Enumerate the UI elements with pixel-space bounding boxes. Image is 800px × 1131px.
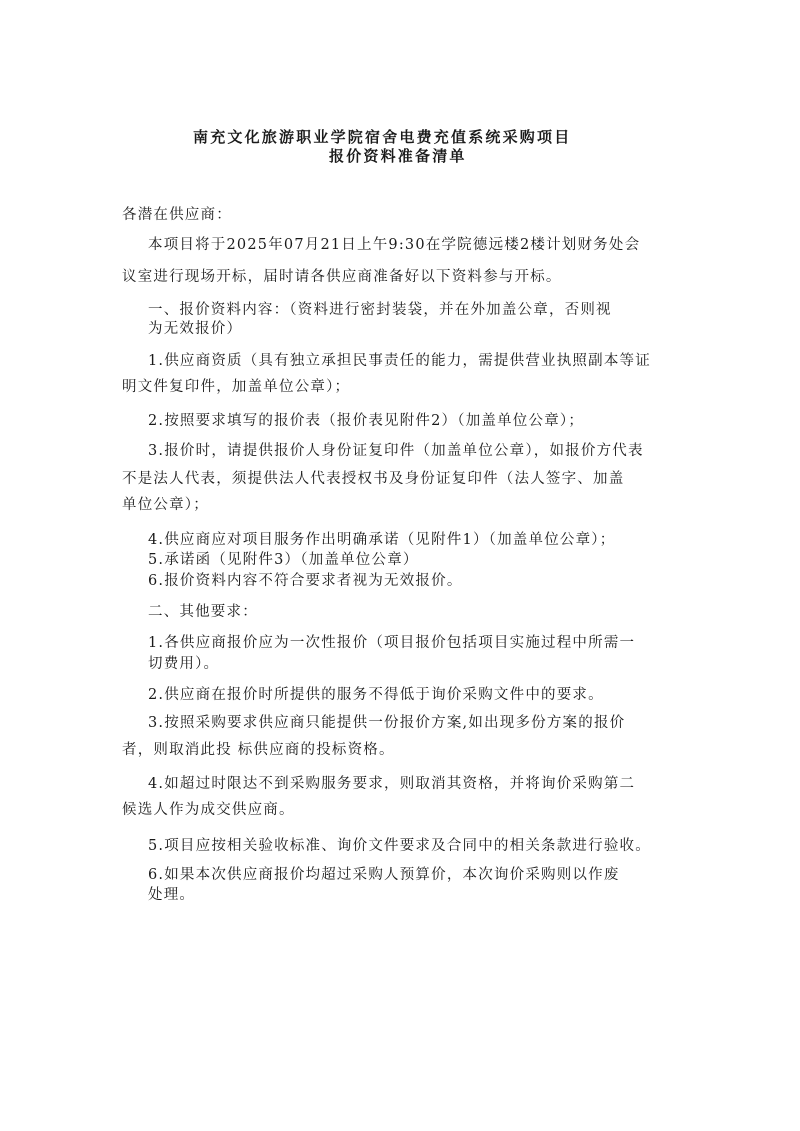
section2-item-2: 2.供应商在报价时所提供的服务不得低于询价采购文件中的要求。 [148, 686, 604, 704]
section1-item-3-cont1: 不是法人代表，须提供法人代表授权书及身份证复印件（法人签字、加盖 [122, 470, 624, 488]
section2-item-4: 4.如超过时限达不到采购服务要求，则取消其资格，并将询价采购第二 [148, 775, 635, 793]
section1-item-4: 4.供应商应对项目服务作出明确承诺（见附件1）（加盖单位公章）； [148, 531, 615, 549]
section2-item-6: 6.如果本次供应商报价均超过采购人预算价，本次询价采购则以作废 [148, 866, 620, 884]
section2-heading: 二、其他要求： [148, 603, 258, 621]
section1-item-5: 5.承诺函（见附件3）（加盖单位公章） [148, 551, 419, 569]
section1-item-6: 6.报价资料内容不符合要求者视为无效报价。 [148, 572, 463, 590]
section1-item-3-cont2: 单位公章）； [122, 496, 209, 514]
document-title: 南充文化旅游职业学院宿舍电费充值系统采购项目 [193, 127, 571, 147]
section1-item-1: 1.供应商资质（具有独立承担民事责任的能力，需提供营业执照副本等证 [148, 352, 651, 370]
document-subtitle: 报价资料准备清单 [329, 146, 467, 166]
section1-item-2: 2.按照要求填写的报价表（报价表见附件2）（加盖单位公章）； [148, 412, 584, 430]
document-page: 南充文化旅游职业学院宿舍电费充值系统采购项目 报价资料准备清单 各潜在供应商： … [0, 0, 800, 1131]
section1-item-1-cont: 明文件复印件，加盖单位公章）； [122, 378, 350, 396]
section1-item-3: 3.报价时，请提供报价人身份证复印件（加盖单位公章），如报价方代表 [148, 442, 644, 460]
section1-heading: 一、报价资料内容：（资料进行密封装袋，并在外加盖公章，否则视 [148, 301, 612, 319]
section2-item-3: 3.按照采购要求供应商只能提供一份报价方案,如出现多份方案的报价 [148, 714, 625, 732]
section2-item-5: 5.项目应按相关验收标准、询价文件要求及合同中的相关条款进行验收。 [148, 837, 651, 855]
salutation: 各潜在供应商： [122, 206, 232, 224]
section2-item-6-cont: 处理。 [148, 886, 195, 904]
section2-item-3-cont: 者，则取消此投 标供应商的投标资格。 [122, 741, 395, 759]
section2-item-1: 1.各供应商报价应为一次性报价（项目报价包括项目实施过程中所需一 [148, 634, 635, 652]
section1-heading-cont: 为无效报价） [148, 320, 242, 338]
intro-line-2: 议室进行现场开标，届时请各供应商准备好以下资料参与开标。 [122, 268, 562, 286]
section2-item-1-cont: 切费用）。 [148, 655, 219, 673]
section2-item-4-cont: 候选人作为成交供应商。 [122, 801, 295, 819]
intro-line-1: 本项目将于2025年07月21日上午9:30在学院德远楼2楼计划财务处会 [148, 236, 640, 254]
